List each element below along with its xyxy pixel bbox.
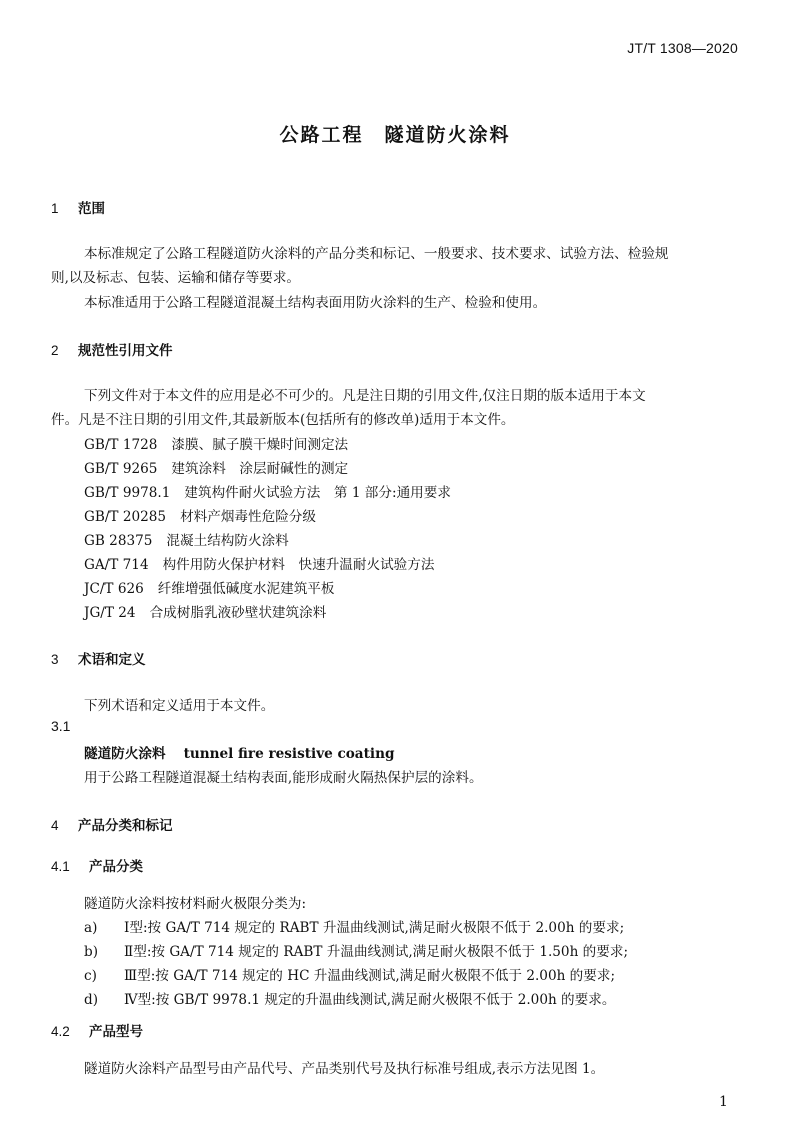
reference-code: JC/T 626 [84, 581, 144, 597]
section-1-para-2: 本标准适用于公路工程隧道混凝土结构表面用防火涂料的生产、检验和使用。 [84, 291, 546, 311]
section-2-heading: 2规范性引用文件 [51, 339, 173, 359]
reference-title: 混凝土结构防火涂料 [166, 533, 288, 549]
section-title: 术语和定义 [78, 652, 146, 668]
section-title: 范围 [78, 201, 105, 217]
term-heading: 隧道防火涂料tunnel fire resistive coating [84, 742, 394, 762]
reference-code: GB 28375 [84, 533, 152, 549]
reference-code: GA/T 714 [84, 557, 149, 573]
reference-code: GB/T 9265 [84, 461, 157, 477]
list-text: Ⅲ型:按 GA/T 714 规定的 HC 升温曲线测试,满足耐火极限不低于 2.… [124, 968, 615, 984]
list-item: c)Ⅲ型:按 GA/T 714 规定的 HC 升温曲线测试,满足耐火极限不低于 … [84, 964, 615, 984]
section-title: 规范性引用文件 [78, 343, 173, 359]
list-text: Ⅱ型:按 GA/T 714 规定的 RABT 升温曲线测试,满足耐火极限不低于 … [124, 944, 628, 960]
section-title: 产品分类 [89, 859, 143, 875]
list-label: d) [84, 992, 124, 1008]
page-number: 1 [719, 1094, 728, 1110]
reference-code: GB/T 1728 [84, 437, 157, 453]
reference-code: GB/T 9978.1 [84, 485, 170, 501]
reference-title: 漆膜、腻子膜干燥时间测定法 [171, 437, 348, 453]
list-text: Ⅳ型:按 GB/T 9978.1 规定的升温曲线测试,满足耐火极限不低于 2.0… [124, 992, 615, 1008]
section-4-2-para: 隧道防火涂料产品型号由产品代号、产品类别代号及执行标准号组成,表示方法见图 1。 [84, 1057, 604, 1077]
section-number: 4.2 [51, 1024, 89, 1039]
section-1-para-1-line-2: 则,以及标志、包装、运输和储存等要求。 [51, 266, 300, 286]
reference-code: GB/T 20285 [84, 509, 166, 525]
list-label: b) [84, 944, 124, 960]
section-number: 1 [51, 201, 78, 216]
reference-title: 合成树脂乳液砂壁状建筑涂料 [150, 605, 327, 621]
section-4-1-heading: 4.1产品分类 [51, 855, 143, 875]
section-1-heading: 1范围 [51, 197, 105, 217]
reference-title: 建筑构件耐火试验方法 第 1 部分:通用要求 [184, 485, 451, 501]
term-chinese: 隧道防火涂料 [84, 746, 166, 762]
page-title: 公路工程 隧道防火涂料 [0, 120, 790, 147]
list-label: a) [84, 920, 124, 936]
section-2-para-line-2: 件。凡是不注日期的引用文件,其最新版本(包括所有的修改单)适用于本文件。 [51, 408, 515, 428]
reference-item: GB/T 9978.1建筑构件耐火试验方法 第 1 部分:通用要求 [84, 481, 451, 501]
reference-title: 材料产烟毒性危险分级 [180, 509, 316, 525]
section-4-2-heading: 4.2产品型号 [51, 1020, 143, 1040]
section-4-1-intro: 隧道防火涂料按材料耐火极限分类为: [84, 892, 306, 912]
section-1-para-1-line-1: 本标准规定了公路工程隧道防火涂料的产品分类和标记、一般要求、技术要求、试验方法、… [84, 242, 669, 262]
reference-item: JC/T 626纤维增强低碱度水泥建筑平板 [84, 577, 334, 597]
term-definition: 用于公路工程隧道混凝土结构表面,能形成耐火隔热保护层的涂料。 [84, 766, 483, 786]
section-number: 4 [51, 818, 78, 833]
list-item: b)Ⅱ型:按 GA/T 714 规定的 RABT 升温曲线测试,满足耐火极限不低… [84, 940, 628, 960]
section-number: 3 [51, 652, 78, 667]
reference-item: GB/T 1728漆膜、腻子膜干燥时间测定法 [84, 433, 348, 453]
section-title: 产品型号 [89, 1024, 143, 1040]
reference-title: 纤维增强低碱度水泥建筑平板 [158, 581, 335, 597]
section-2-para-line-1: 下列文件对于本文件的应用是必不可少的。凡是注日期的引用文件,仅注日期的版本适用于… [84, 384, 646, 404]
list-item: a)Ⅰ型:按 GA/T 714 规定的 RABT 升温曲线测试,满足耐火极限不低… [84, 916, 624, 936]
section-3-heading: 3术语和定义 [51, 648, 146, 668]
list-label: c) [84, 968, 124, 984]
term-english: tunnel fire resistive coating [184, 746, 395, 762]
reference-item: JG/T 24合成树脂乳液砂壁状建筑涂料 [84, 601, 326, 621]
reference-item: GA/T 714构件用防火保护材料 快速升温耐火试验方法 [84, 553, 434, 573]
section-title: 产品分类和标记 [78, 818, 173, 834]
reference-item: GB/T 9265建筑涂料 涂层耐碱性的测定 [84, 457, 348, 477]
section-number: 4.1 [51, 859, 89, 874]
document-number: JT/T 1308—2020 [627, 40, 738, 56]
reference-item: GB/T 20285材料产烟毒性危险分级 [84, 505, 316, 525]
reference-title: 建筑涂料 涂层耐碱性的测定 [171, 461, 348, 477]
list-item: d)Ⅳ型:按 GB/T 9978.1 规定的升温曲线测试,满足耐火极限不低于 2… [84, 988, 615, 1008]
reference-title: 构件用防火保护材料 快速升温耐火试验方法 [163, 557, 435, 573]
reference-item: GB 28375混凝土结构防火涂料 [84, 529, 289, 549]
term-number: 3.1 [51, 718, 70, 734]
section-4-heading: 4产品分类和标记 [51, 814, 173, 834]
list-text: Ⅰ型:按 GA/T 714 规定的 RABT 升温曲线测试,满足耐火极限不低于 … [124, 920, 624, 936]
section-number: 2 [51, 343, 78, 358]
section-3-para: 下列术语和定义适用于本文件。 [84, 694, 274, 714]
reference-code: JG/T 24 [84, 605, 136, 621]
